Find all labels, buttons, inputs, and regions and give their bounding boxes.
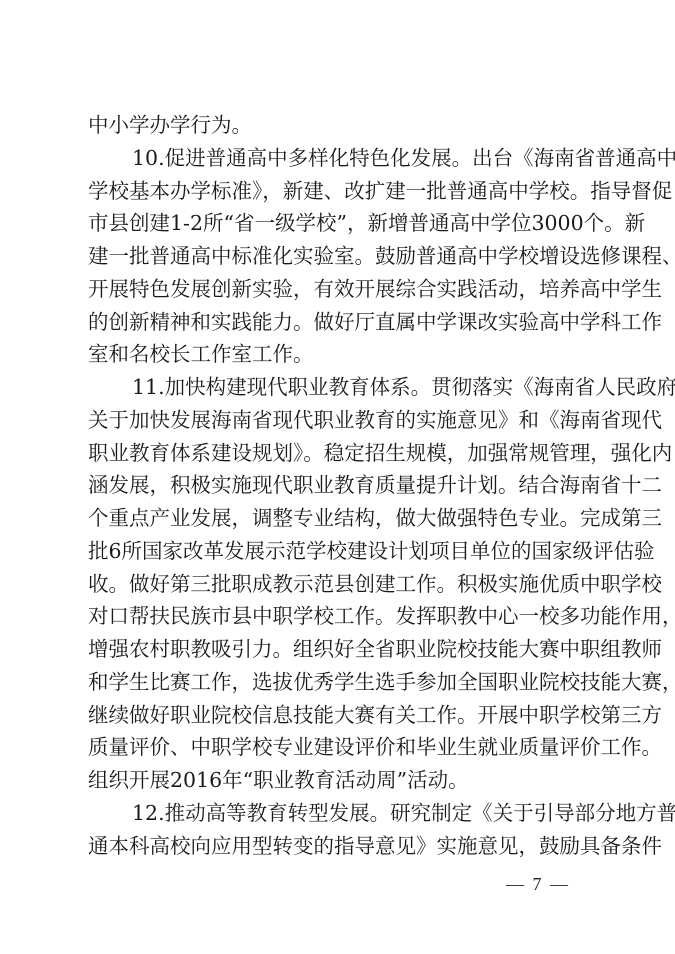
text-line: 继续做好职业院校信息技能大赛有关工作。开展中职学校第三方 [88, 699, 594, 732]
text-line: 建一批普通高中标准化实验室。鼓励普通高中学校增设选修课程、 [88, 240, 594, 273]
text-line: 个重点产业发展，调整专业结构，做大做强特色专业。完成第三 [88, 502, 594, 535]
text-line: 组织开展2016年“职业教育活动周”活动。 [88, 764, 594, 797]
document-page: 中小学办学行为。10.促进普通高中多样化特色化发展。出台《海南省普通高中学校基本… [0, 0, 675, 954]
text-line: 通本科高校向应用型转变的指导意见》实施意见，鼓励具备条件 [88, 830, 594, 863]
text-line: 市县创建1-2所“省一级学校”，新增普通高中学位3000个。新 [88, 207, 594, 240]
paragraph-first-line: 11.加快构建现代职业教育体系。贯彻落实《海南省人民政府 [88, 371, 594, 404]
text-line: 中小学办学行为。 [88, 109, 594, 142]
paragraph-first-line: 10.促进普通高中多样化特色化发展。出台《海南省普通高中 [88, 142, 594, 175]
text-line: 学校基本办学标准》，新建、改扩建一批普通高中学校。指导督促 [88, 175, 594, 208]
text-line: 职业教育体系建设规划》。稳定招生规模，加强常规管理，强化内 [88, 437, 594, 470]
text-line: 批6所国家改革发展示范学校建设计划项目单位的国家级评估验 [88, 535, 594, 568]
text-line: 对口帮扶民族市县中职学校工作。发挥职教中心一校多功能作用， [88, 600, 594, 633]
text-line: 和学生比赛工作，选拔优秀学生选手参加全国职业院校技能大赛， [88, 666, 594, 699]
text-line: 质量评价、中职学校专业建设评价和毕业生就业质量评价工作。 [88, 731, 594, 764]
text-line: 收。做好第三批职成教示范县创建工作。积极实施优质中职学校 [88, 568, 594, 601]
text-line: 涵发展，积极实施现代职业教育质量提升计划。结合海南省十二 [88, 469, 594, 502]
text-line: 室和名校长工作室工作。 [88, 338, 594, 371]
paragraph-first-line: 12.推动高等教育转型发展。研究制定《关于引导部分地方普 [88, 797, 594, 830]
text-line: 的创新精神和实践能力。做好厅直属中学课改实验高中学科工作 [88, 306, 594, 339]
text-line: 增强农村职教吸引力。组织好全省职业院校技能大赛中职组教师 [88, 633, 594, 666]
page-number: — 7 — [506, 874, 570, 895]
text-line: 开展特色发展创新实验，有效开展综合实践活动，培养高中学生 [88, 273, 594, 306]
text-line: 关于加快发展海南省现代职业教育的实施意见》和《海南省现代 [88, 404, 594, 437]
body-text: 中小学办学行为。10.促进普通高中多样化特色化发展。出台《海南省普通高中学校基本… [88, 109, 594, 862]
